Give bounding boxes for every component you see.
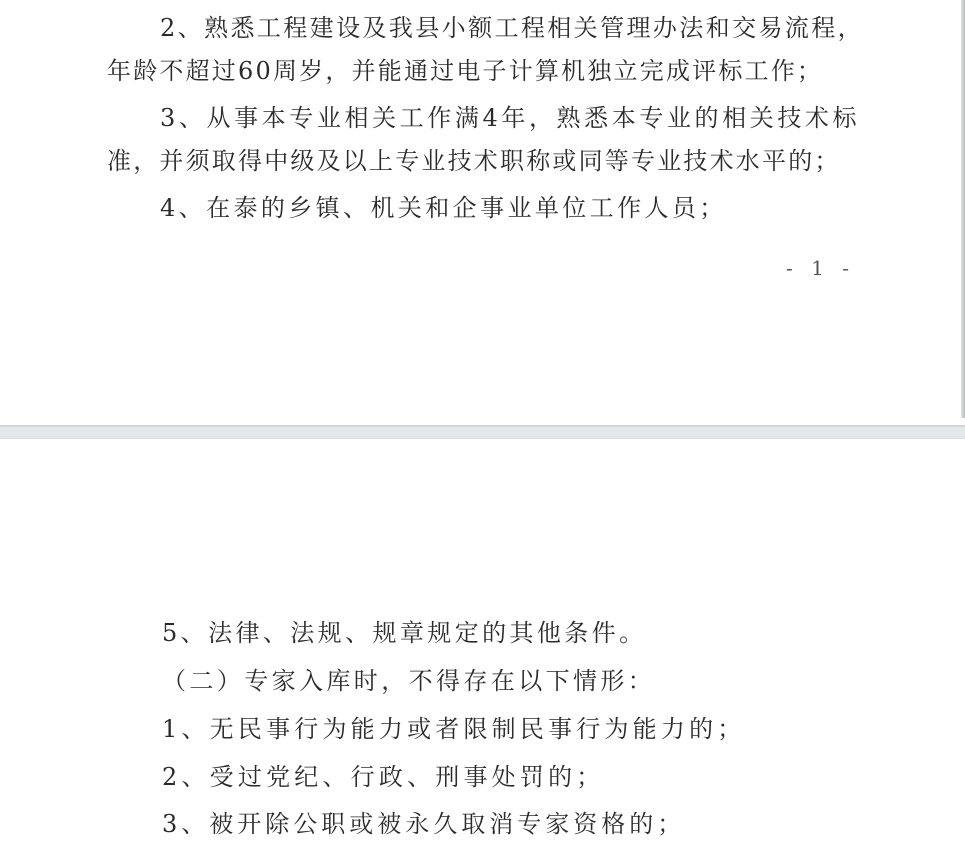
paragraph-line: 3、从事本专业相关工作满4年，熟悉本专业的相关技术标 (160, 103, 860, 133)
paragraph-line: 4、在泰的乡镇、机关和企事业单位工作人员； (160, 193, 727, 223)
page-edge-shadow (961, 0, 965, 418)
section-heading: （二）专家入库时，不得存在以下情形： (162, 666, 655, 696)
document-page-2: 5、法律、法规、规章规定的其他条件。 （二）专家入库时，不得存在以下情形： 1、… (0, 439, 965, 845)
page-separator (0, 425, 965, 439)
paragraph-line: 5、法律、法规、规章规定的其他条件。 (162, 618, 646, 648)
paragraph-line: 年龄不超过60周岁，并能通过电子计算机独立完成评标工作； (107, 56, 823, 86)
paragraph-line: 2、受过党纪、行政、刑事处罚的； (162, 762, 604, 792)
paragraph-line: 1、无民事行为能力或者限制民事行为能力的； (162, 714, 745, 744)
document-page-1: 2、熟悉工程建设及我县小额工程相关管理办法和交易流程， 年龄不超过60周岁，并能… (0, 0, 965, 425)
page-number: - 1 - (786, 256, 855, 280)
paragraph-line: 3、被开除公职或被永久取消专家资格的； (162, 809, 685, 839)
paragraph-line: 准，并须取得中级及以上专业技术职称或同等专业技术水平的； (107, 146, 841, 176)
paragraph-line: 2、熟悉工程建设及我县小额工程相关管理办法和交易流程， (160, 13, 864, 43)
